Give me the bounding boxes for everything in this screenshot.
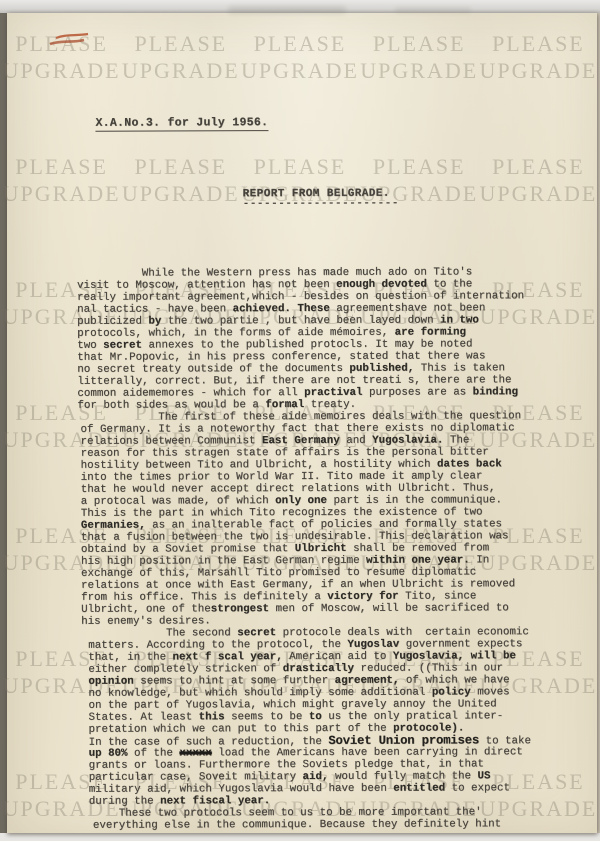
scanned-document-page: PLEASEUPGRADEPLEASEUPGRADEPLEASEUPGRADEP… [0,0,600,841]
text-line: nal tactics - have been achieved. These … [77,302,557,316]
paragraph: While the Western press has made much ad… [77,266,557,412]
title-underline: ---------------------- [243,198,399,211]
text-line: hostility between Tito and Ulbricht, a h… [81,458,558,472]
text-line: his high position in the East German reg… [81,554,558,568]
text-line: States. At least this seems to be to us … [88,710,558,724]
paragraph: These two protocols seem to us to be mor… [93,806,559,832]
body-text: While the Western press has made much ad… [77,266,559,832]
text-line: up 80% of the xxxxx load the Americans h… [89,746,559,760]
text-line: common aidememores - which for all pract… [77,386,557,400]
text-line: relations at once with East Germany, if … [81,578,558,592]
text-line: military aid, which Yugoslavia would hav… [89,782,559,796]
typed-text-layer: X.A.No.3. for July 1956. REPORT FROM BEL… [0,0,600,841]
paragraph: The second secret protocole deals with c… [88,626,559,808]
text-line: of Germany. It is a noteworthy fact that… [80,422,557,436]
doc-reference: X.A.No.3. for July 1956. [95,116,268,132]
text-line: a protocal was made, of which only one p… [81,494,558,508]
paragraph: The first of these aide memoires deals w… [80,410,558,628]
text-line: Ulbricht, one of thestrongest men of Mos… [81,602,558,616]
text-line: everything else in the communique. Becau… [93,818,559,832]
pencil-mark [46,30,110,52]
